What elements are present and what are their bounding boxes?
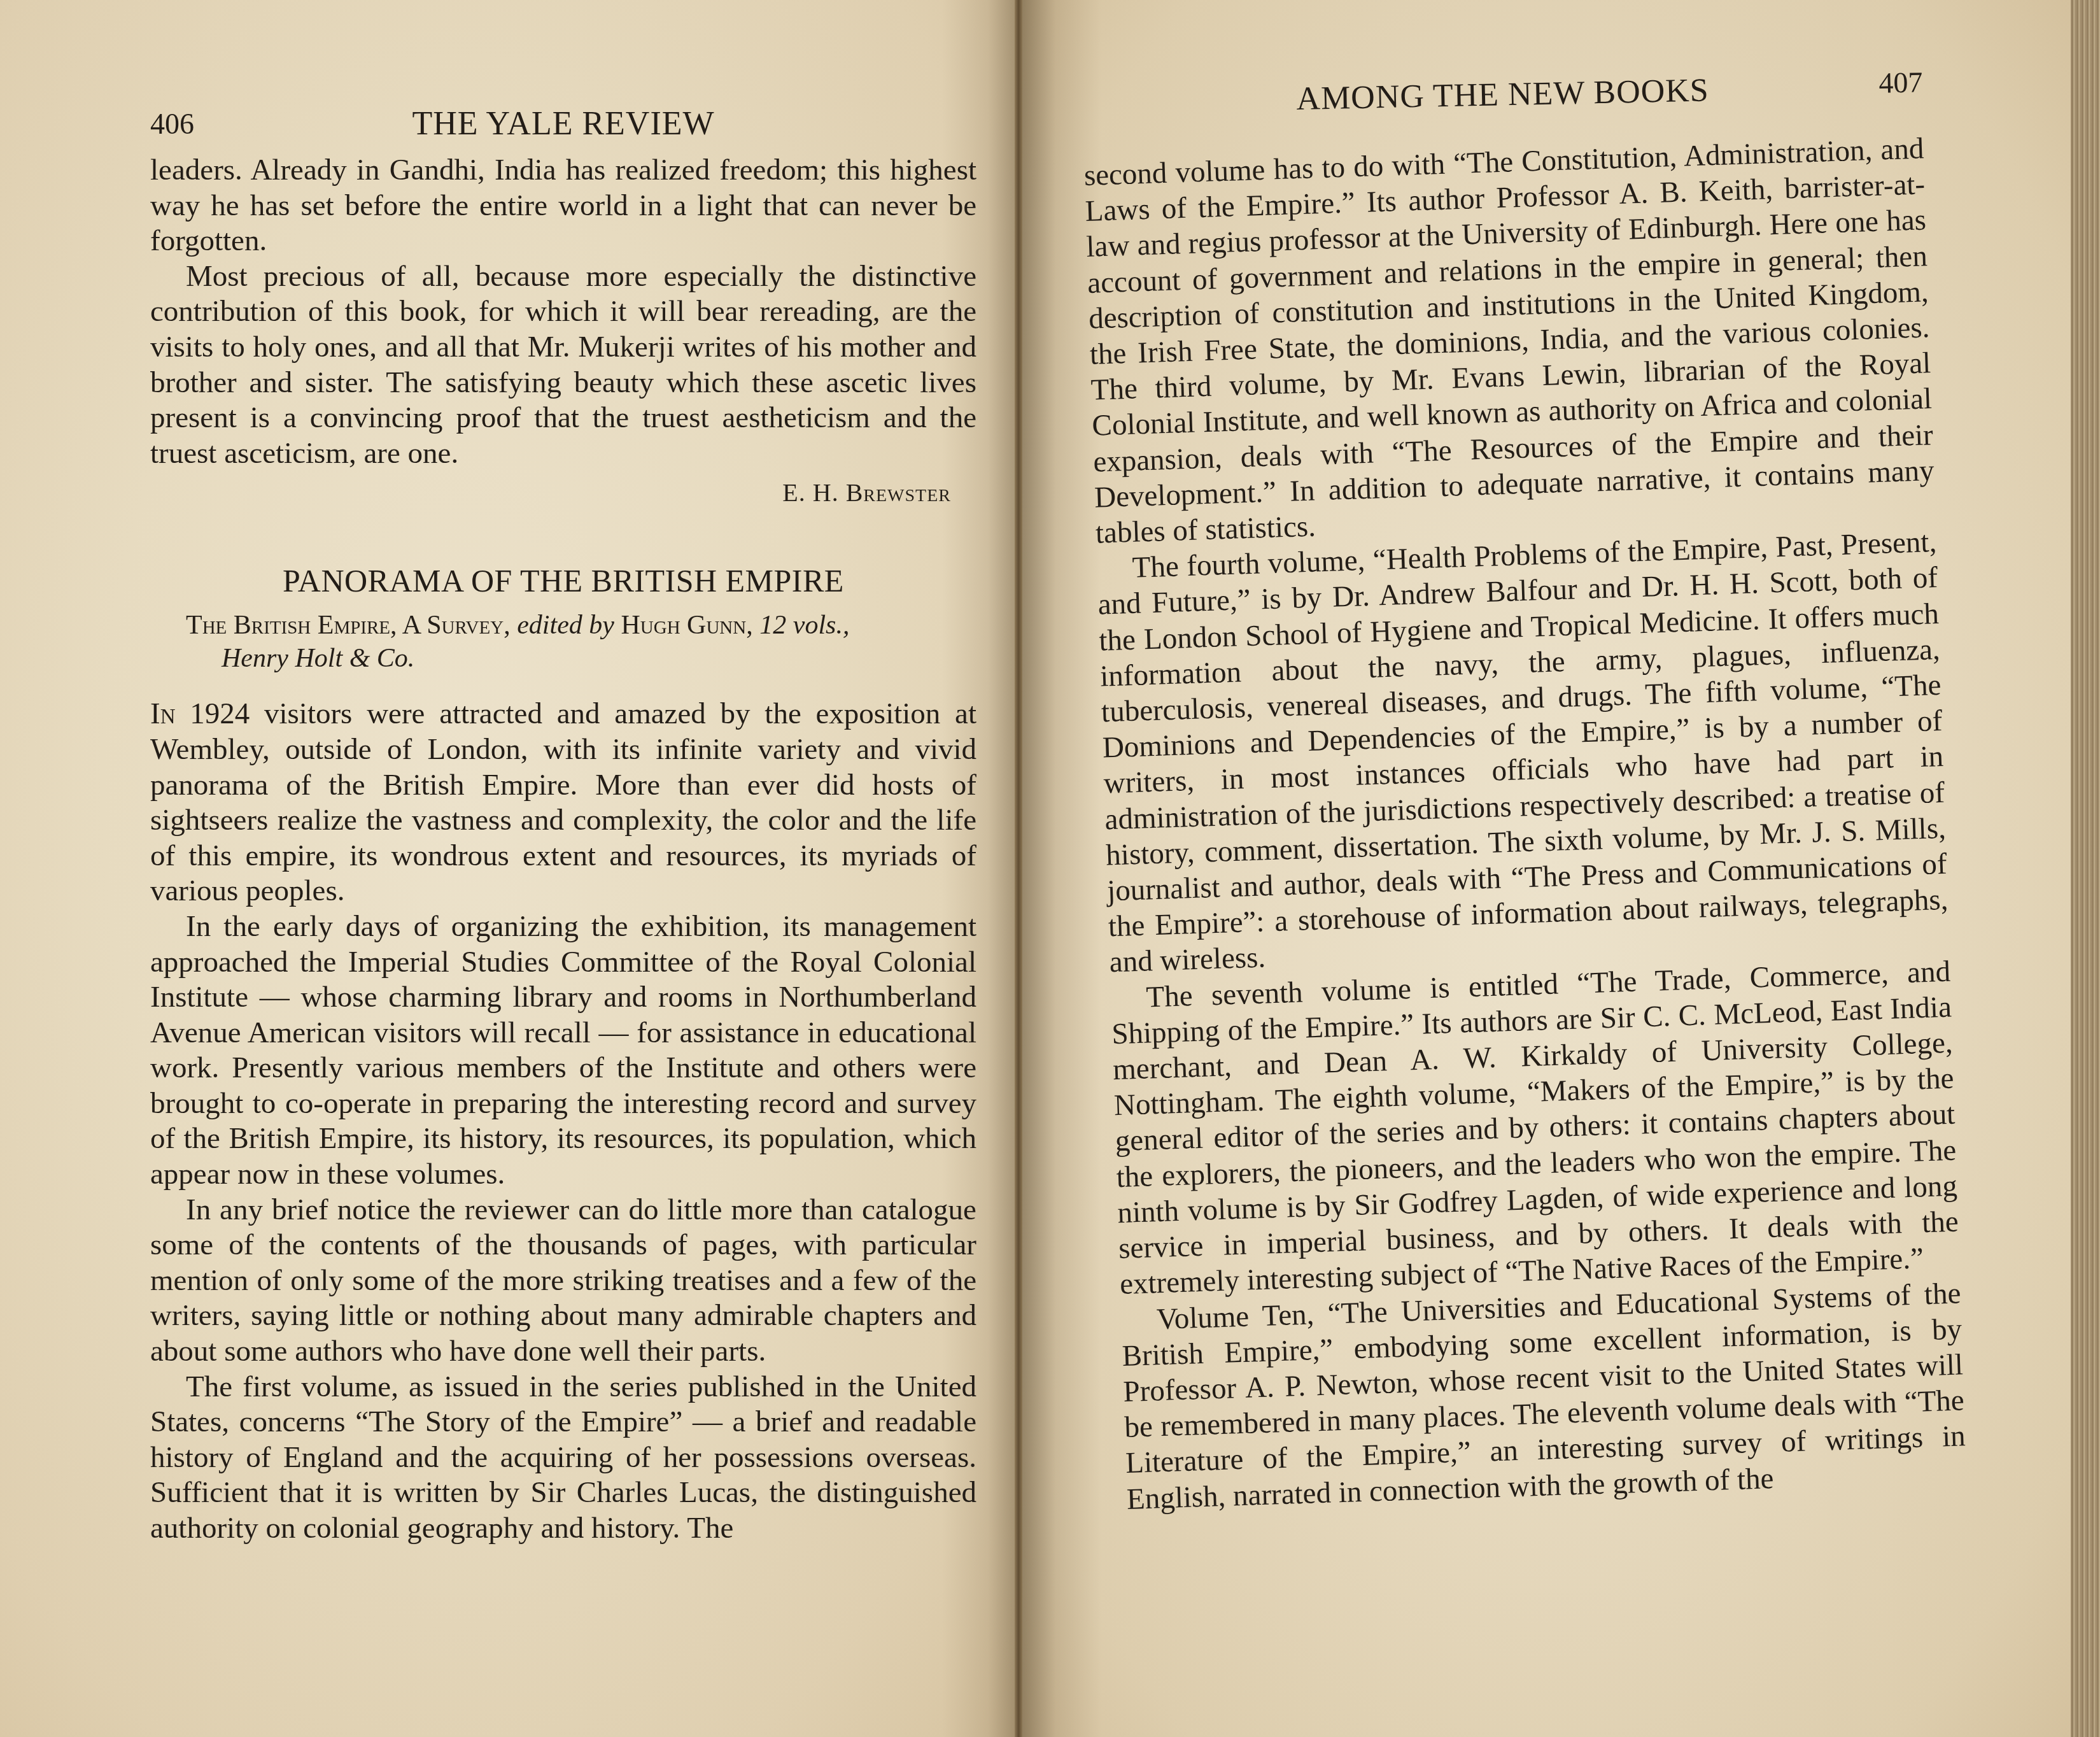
citation-editor: Hugh Gunn, bbox=[621, 611, 752, 640]
book-gutter bbox=[1015, 0, 1022, 1737]
citation-volumes: 12 vols., bbox=[759, 611, 849, 640]
right-page-text: second volume has to do with “The Consti… bbox=[1083, 131, 1967, 1517]
citation-publisher: Henry Holt & Co. bbox=[222, 644, 414, 673]
citation-edited-by: edited by bbox=[517, 611, 614, 640]
book-citation: The British Empire, A Survey, edited by … bbox=[150, 609, 976, 675]
open-book-spread: 406 THE YALE REVIEW leaders. Already in … bbox=[0, 0, 2100, 1737]
paragraph: Most precious of all, because more espec… bbox=[150, 259, 976, 472]
reviewer-signature: E. H. Brewster bbox=[150, 474, 951, 512]
review-title: PANORAMA OF THE BRITISH EMPIRE bbox=[150, 562, 976, 600]
paragraph: second volume has to do with “The Consti… bbox=[1083, 131, 1936, 551]
left-page-text: 406 THE YALE REVIEW leaders. Already in … bbox=[150, 102, 976, 1547]
paragraph: leaders. Already in Gandhi, India has re… bbox=[150, 153, 976, 259]
paragraph: Volume Ten, “The Universities and Educat… bbox=[1120, 1275, 1967, 1517]
paragraph-text: visitors were attracted and amazed by th… bbox=[150, 697, 976, 907]
page-edges bbox=[2071, 0, 2100, 1737]
paragraph: The first volume, as issued in the serie… bbox=[150, 1370, 976, 1547]
paragraph: The seventh volume is entitled “The Trad… bbox=[1110, 953, 1961, 1302]
left-running-head: 406 THE YALE REVIEW bbox=[150, 102, 976, 153]
left-body: leaders. Already in Gandhi, India has re… bbox=[150, 153, 976, 1547]
paragraph: In any brief notice the reviewer can do … bbox=[150, 1193, 976, 1370]
running-head-title-left: THE YALE REVIEW bbox=[150, 102, 976, 146]
paragraph: The fourth volume, “Health Problems of t… bbox=[1096, 524, 1950, 981]
paragraph: In the early days of organizing the exhi… bbox=[150, 909, 976, 1193]
paragraph: In 1924 visitors were attracted and amaz… bbox=[150, 697, 976, 909]
page-number-right: 407 bbox=[1878, 60, 1923, 105]
citation-book-title: The British Empire, A Survey, bbox=[186, 611, 511, 640]
opening-words: In 1924 bbox=[150, 697, 250, 730]
